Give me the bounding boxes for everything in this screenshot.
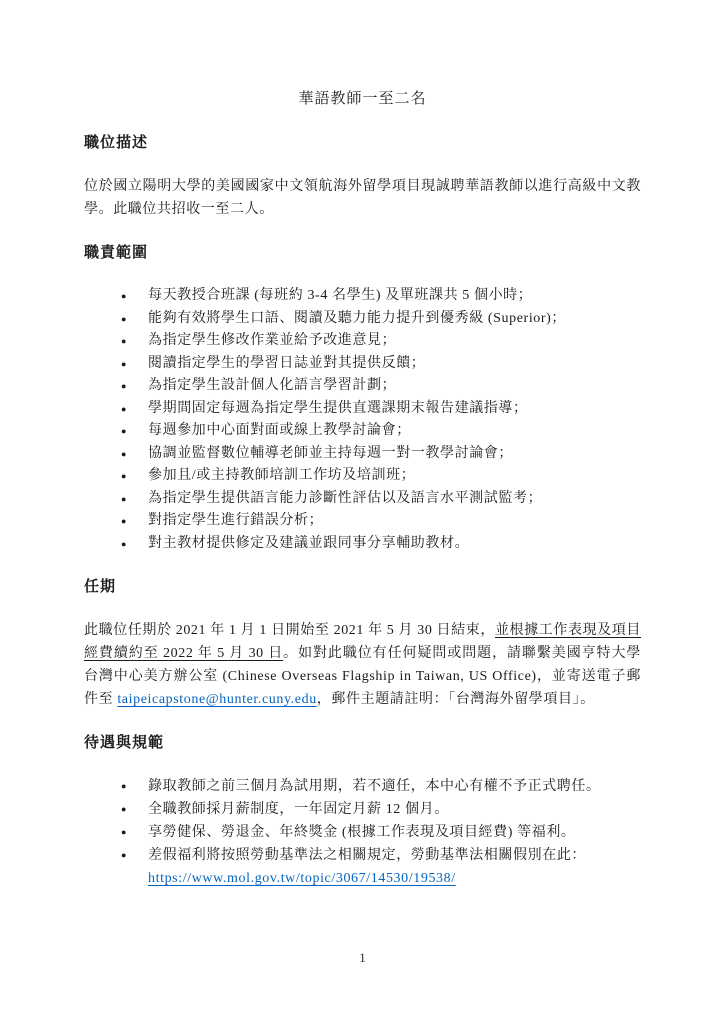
- bullet-item: ●每週參加中心面對面或線上教學討論會；: [84, 420, 641, 443]
- bullet-icon: ●: [121, 533, 126, 556]
- bullet-icon: ●: [121, 798, 126, 821]
- bullet-icon: ●: [121, 844, 126, 867]
- bullet-text: 為指定學生修改作業並給予改進意見；: [148, 333, 396, 348]
- bullet-icon: ●: [121, 775, 126, 798]
- bullet-item: ●閱讀指定學生的學習日誌並對其提供反饋；: [84, 353, 641, 376]
- bullet-item: ●對指定學生進行錯誤分析；: [84, 510, 641, 533]
- bullet-text: 差假福利將按照勞動基準法之相關規定，勞動基準法相關假別在此：: [148, 848, 586, 863]
- bullet-text: 為指定學生提供語言能力診斷性評估以及語言水平測試監考；: [148, 491, 542, 506]
- bullet-icon: ●: [121, 510, 126, 533]
- section-heading-description: 職位描述: [84, 132, 641, 155]
- bullet-item: ●對主教材提供修定及建議並跟同事分享輔助教材。: [84, 533, 641, 556]
- bullet-item: ●錄取教師之前三個月為試用期，若不適任，本中心有權不予正式聘任。: [84, 775, 641, 798]
- bullet-icon: ●: [121, 821, 126, 844]
- bullet-text: 為指定學生設計個人化語言學習計劃；: [148, 378, 396, 393]
- description-paragraph: 位於國立陽明大學的美國國家中文領航海外留學項目現誠聘華語教師以進行高級中文教學。…: [84, 175, 641, 221]
- bullet-item: ●為指定學生修改作業並給予改進意見；: [84, 330, 641, 353]
- bullet-text: 每週參加中心面對面或線上教學討論會；: [148, 423, 411, 438]
- section-heading-benefits: 待遇與規範: [84, 732, 641, 755]
- bullet-item: ●為指定學生設計個人化語言學習計劃；: [84, 375, 641, 398]
- bullet-icon: ●: [121, 398, 126, 421]
- bullet-item: ●協調並監督數位輔導老師並主持每週一對一教學討論會；: [84, 443, 641, 466]
- bullet-text: 每天教授合班課 (每班約 3-4 名學生) 及單班課共 5 個小時；: [148, 288, 532, 303]
- tenure-text-1: 此職位任期於 2021 年 1 月 1 日開始至 2021 年 5 月 30 日…: [84, 623, 495, 638]
- bullet-icon: ●: [121, 330, 126, 353]
- bullet-icon: ●: [121, 375, 126, 398]
- bullet-icon: ●: [121, 285, 126, 308]
- benefits-list: ●錄取教師之前三個月為試用期，若不適任，本中心有權不予正式聘任。 ●全職教師採月…: [84, 775, 641, 890]
- tenure-paragraph: 此職位任期於 2021 年 1 月 1 日開始至 2021 年 5 月 30 日…: [84, 619, 641, 711]
- bullet-icon: ●: [121, 308, 126, 331]
- section-heading-duties: 職責範圍: [84, 242, 641, 265]
- bullet-item: ●為指定學生提供語言能力診斷性評估以及語言水平測試監考；: [84, 488, 641, 511]
- bullet-icon: ●: [121, 465, 126, 488]
- document-title: 華語教師一至二名: [84, 88, 641, 111]
- bullet-item: ●學期間固定每週為指定學生提供直選課期末報告建議指導；: [84, 398, 641, 421]
- section-heading-tenure: 任期: [84, 576, 641, 599]
- bullet-item: ●全職教師採月薪制度，一年固定月薪 12 個月。: [84, 798, 641, 821]
- bullet-icon: ●: [121, 420, 126, 443]
- bullet-text: 閱讀指定學生的學習日誌並對其提供反饋；: [148, 356, 425, 371]
- bullet-text: 協調並監督數位輔導老師並主持每週一對一教學討論會；: [148, 446, 513, 461]
- bullet-icon: ●: [121, 443, 126, 466]
- bullet-item: ●能夠有效將學生口語、閱讀及聽力能力提升到優秀級 (Superior)；: [84, 308, 641, 331]
- bullet-item: ●差假福利將按照勞動基準法之相關規定，勞動基準法相關假別在此：https://w…: [84, 844, 641, 890]
- bullet-text: 享勞健保、勞退金、年終獎金 (根據工作表現及項目經費) 等福利。: [148, 825, 576, 840]
- bullet-icon: ●: [121, 488, 126, 511]
- labor-law-link[interactable]: https://www.mol.gov.tw/topic/3067/14530/…: [148, 867, 456, 890]
- duties-list: ●每天教授合班課 (每班約 3-4 名學生) 及單班課共 5 個小時； ●能夠有…: [84, 285, 641, 555]
- bullet-text: 錄取教師之前三個月為試用期，若不適任，本中心有權不予正式聘任。: [148, 779, 601, 794]
- bullet-text: 學期間固定每週為指定學生提供直選課期末報告建議指導；: [148, 401, 528, 416]
- tenure-text-3: ，郵件主題請註明：「台灣海外留學項目」。: [317, 692, 595, 707]
- email-link[interactable]: taipeicapstone@hunter.cuny.edu: [117, 692, 316, 707]
- bullet-icon: ●: [121, 353, 126, 376]
- bullet-text: 全職教師採月薪制度，一年固定月薪 12 個月。: [148, 802, 449, 817]
- page-number: 1: [0, 950, 725, 966]
- bullet-text: 能夠有效將學生口語、閱讀及聽力能力提升到優秀級 (Superior)；: [148, 311, 566, 326]
- document-page: 華語教師一至二名 職位描述 位於國立陽明大學的美國國家中文領航海外留學項目現誠聘…: [0, 0, 725, 890]
- bullet-item: ●享勞健保、勞退金、年終獎金 (根據工作表現及項目經費) 等福利。: [84, 821, 641, 844]
- bullet-text: 參加且/或主持教師培訓工作坊及培訓班；: [148, 468, 415, 483]
- bullet-text: 對主教材提供修定及建議並跟同事分享輔助教材。: [148, 536, 469, 551]
- bullet-item: ●每天教授合班課 (每班約 3-4 名學生) 及單班課共 5 個小時；: [84, 285, 641, 308]
- bullet-text: 對指定學生進行錯誤分析；: [148, 513, 323, 528]
- bullet-item: ●參加且/或主持教師培訓工作坊及培訓班；: [84, 465, 641, 488]
